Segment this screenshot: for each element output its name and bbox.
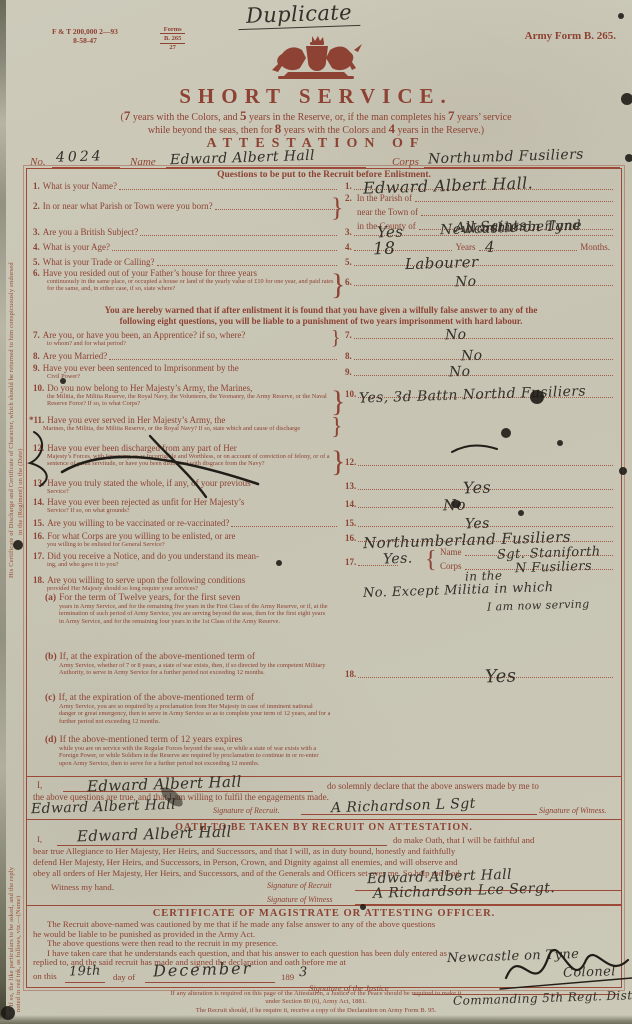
answer-9-num: 9. [345,367,352,377]
declaration-i: I, [37,780,42,790]
certificate-month-hw: December [153,963,253,976]
answer-2-town-label: near the Town of [357,207,418,217]
q17-num: 17. [33,551,44,561]
condition-b-letter: (b) [45,652,57,662]
question-12: 12.Have you ever been discharged from an… [33,443,339,468]
q4-num: 4. [33,242,40,252]
answer-5: 5. Labourer [345,257,613,267]
q14-text: Have you ever been rejected as unfit for… [47,497,244,507]
answer-4: 4.YearsMonths. 18 4 [345,242,613,252]
answer-6-num: 6. [345,277,352,287]
answer-12: 12. [345,457,613,467]
answer-16-num: 16. [345,533,356,543]
q12-smallprint: Majesty’s Forces, with Ignominy, or as I… [47,453,335,468]
margin-note-red-ink-text: * If so, the like particulars to be aske… [8,867,22,1012]
margin-note-red-ink: * If so, the like particulars to be aske… [8,862,22,1012]
q8-text: Are you Married? [43,351,107,361]
declaration-section: I, Edward Albert Hall do solemnly declar… [37,780,615,790]
declaration-post: do solemnly declare that the above answe… [327,781,539,791]
answer-17-corps-hw: N Fusiliers [515,562,592,574]
oath-witness-my-hand: Witness my hand. [51,882,114,894]
forms-ref-top: Forms [160,26,185,33]
oath-post: do make Oath, that I will be faithful an… [393,835,534,847]
name-label: Name [130,156,156,168]
q10-num: 10. [33,383,44,393]
condition-b-smallprint: Army Service, whether of 7 or 8 years, a… [59,662,331,677]
q11-smallprint: Marines, the Militia, the Militia Reserv… [43,425,331,432]
declaration-recruit-signature: Edward Albert Hall [31,797,176,818]
q8-num: 8. [33,351,40,361]
answer-14-handwriting: No [443,500,466,511]
q11-brace: } [331,414,343,441]
question-9: 9.Have you ever been sentenced to Impris… [33,363,339,380]
declaration-witness-underline [301,803,537,815]
answer-9-handwriting: No [449,367,471,378]
margin-note-regiment: in the (Regiment) on the (Date) [17,235,24,535]
q17-smallprint: ing, and who gave it to you? [47,561,335,568]
recruit-identity-line: No. 4024 Name Edward Albert Hall Corps N… [30,153,620,169]
oath-line3: defend Her Majesty, Her Heirs, and Succe… [33,857,617,869]
question-8: 8.Are you Married? [33,351,339,361]
certificate-on-this: on this [33,971,57,981]
answer-6: 6. No [345,277,613,287]
certificate-justice-rank-hw: Colonel [563,967,616,978]
answer-18-num: 18. [345,669,356,679]
answer-4-years-label: Years [455,242,475,252]
certificate-year-digit-hw: 3 [299,968,308,978]
answer-17-handwriting: Yes. [383,551,413,568]
q7-smallprint: to whom? and for what period? [47,340,335,347]
answer-14: 14. No [345,499,613,509]
answer-5-num: 5. [345,257,352,267]
certificate-heading: CERTIFICATE OF MAGISTRATE OR ATTESTING O… [27,908,621,919]
q5-num: 5. [33,257,40,267]
answer-17-brace: { [425,547,437,574]
answer-16: 16. Northumberland Fusiliers [345,533,613,543]
answer-1: 1. Edward Albert Hall. [345,181,613,191]
answer-13-handwriting: Yes [463,483,491,494]
answer-4-years-hw: 18 [373,244,396,255]
margin-note-regiment-text: in the (Regiment) on the (Date) [17,448,24,535]
oath-section: I, Edward Albert Hall do make Oath, that… [37,834,615,846]
subtitle-seg: years in the Reserve.) [395,125,484,136]
duplicate-annotation: Duplicate [238,0,361,30]
answer-10: 10. Yes, 3d Battn Northd Fusiliers [345,389,613,399]
oath-sig-witness-label: Signature of Witness [267,894,332,906]
q15-text: Are you willing to be vaccinated or re-v… [47,518,229,528]
certificate-day-of: day of [113,973,135,983]
condition-c-lead: If, at the expiration of the above-menti… [59,693,254,703]
footer-line3: The Recruit should, if he require it, re… [40,1007,592,1015]
condition-c: (c)If, at the expiration of the above-me… [45,693,341,725]
q2-num: 2. [33,201,40,211]
q13-smallprint: Service? [47,488,335,495]
warning-line2: following eight questions, you will be l… [27,316,615,327]
q14-smallprint: Service? If so, on what grounds? [47,507,335,514]
answer-3-handwriting: Yes [377,227,404,238]
answer-17-name-label: Name [440,547,462,557]
q1-num: 1. [33,181,40,191]
oath-line2: bear true Allegiance to Her Majesty, Her… [33,846,617,858]
answer-7-handwriting: No [445,330,467,341]
q9-smallprint: Civil Power? [47,373,335,380]
q10-smallprint: the Militia, the Militia Reserve, the Ro… [47,393,335,408]
answer-18-handwriting: Yes [485,672,517,683]
question-1: 1.What is your Name? [33,181,339,191]
margin-note-discharge-text: His Certificate of Discharge and Certifi… [8,262,15,578]
condition-b: (b)If, at the expiration of the above-me… [45,652,341,677]
warning-line1: You are hereby warned that if after enli… [27,305,615,316]
oath-sig-recruit-label: Signature of Recruit [267,880,332,892]
answer-2-parish-label: In the Parish of [357,193,412,203]
q3-num: 3. [33,227,40,237]
footer-line2: under Section 80 (6), Army Act, 1881. [40,998,592,1006]
q12-text: Have you ever been discharged from any p… [47,443,237,453]
question-15: 15.Are you willing to be vaccinated or r… [33,518,339,528]
q18-num: 18. [33,575,44,585]
answer-12-num: 12. [345,457,356,467]
q5-text: What is your Trade or Calling? [43,257,155,267]
condition-c-smallprint: Army Service, you are so required by a p… [59,703,331,725]
answer-7: 7. No [345,330,613,340]
answer-14-num: 14. [345,499,356,509]
footer-note-2: The Recruit should, if he require it, re… [40,1007,592,1015]
q16-num: 16. [33,531,44,541]
subtitle-seg: while beyond the seas, then for [148,125,275,136]
q6-text: Have you resided out of your Father’s ho… [43,268,257,278]
question-10: 10.Do you now belong to Her Majesty’s Ar… [33,383,339,408]
condition-d-letter: (d) [45,735,57,745]
q4-text: What is your Age? [43,242,110,252]
q12-num: 12. [33,443,44,453]
declaration-recruit-sig-label: Signature of Recruit. [213,806,280,815]
subtitle-seg: years with the Colors and [281,125,388,136]
q10-text: Do you now belong to Her Majesty’s Army,… [47,383,252,393]
forms-ref-bot: 27 [160,44,185,51]
certificate-place-hw: Newcastle on Tyne [447,950,580,964]
condition-a-lead: For the term of Twelve years, for the fi… [59,593,240,603]
forms-ref-mid: B. 265 [160,33,185,44]
scan-edge-left [0,0,6,1024]
question-17: 17.Did you receive a Notice, and do you … [33,551,339,568]
scan-edge-bottom [0,1015,632,1024]
form-title: SHORT SERVICE. [0,84,632,109]
q3-text: Are you a British Subject? [43,227,138,237]
answer-9: 9. No [345,367,613,377]
q18-text: Are you willing to serve upon the follow… [47,575,245,585]
question-18: 18.Are you willing to serve upon the fol… [33,575,339,592]
answer-4-months-label: Months. [580,242,610,252]
declaration-signatures: Edward Albert Hall Signature of Recruit.… [31,803,615,817]
answer-8-num: 8. [345,351,352,361]
condition-b-lead: If, at the expiration of the above-menti… [60,652,255,662]
no-label: No. [30,156,46,168]
answer-4-months-hw: 4 [485,242,495,252]
subtitle-line2: while beyond the seas, then for 8 years … [0,121,632,137]
q12-brace: } [331,445,345,479]
question-2: 2.In or near what Parish or Town were yo… [33,201,339,211]
condition-d-smallprint: while you are on service with the Regula… [59,745,331,767]
answer-11-handwriting-2: I am now serving [487,597,590,613]
question-13: 13.Have you truly stated the whole, if a… [33,478,339,495]
q6-smallprint: continuously in the same place, or occup… [47,278,335,293]
q7-text: Are you, or have you been, an Apprentice… [43,330,246,340]
question-7: 7.Are you, or have you been, an Apprenti… [33,330,339,347]
question-6: 6.Have you resided out of your Father’s … [33,268,339,293]
q11-num: *11. [29,415,44,425]
answer-17: 17. Yes. { Name Sgt. Staniforth Corps N … [345,549,613,575]
answer-4-num: 4. [345,242,352,252]
answer-15-handwriting: Yes [465,519,490,530]
corps-underline [424,154,620,168]
footer-line1: If any alteration is required on this pa… [40,990,592,998]
declaration-witness-sig-label: Signature of Witness. [539,806,606,815]
q2-text: In or near what Parish or Town were you … [43,201,213,211]
q6-num: 6. [33,268,40,278]
question-16: 16.For what Corps are you willing to be … [33,531,339,548]
name-underline [166,154,366,168]
attestation-form-page: His Certificate of Discharge and Certifi… [0,0,632,1024]
certificate-day-hw: 19th [69,967,101,978]
printer-mark: F & T 200,000 2—93 8-58-47 [52,28,118,45]
answer-7-num: 7. [345,330,352,340]
condition-a-smallprint: years in Army Service, and for the remai… [59,603,331,625]
q14-num: 14. [33,497,44,507]
no-underline [52,154,120,168]
q17-text: Did you receive a Notice, and do you und… [47,551,259,561]
condition-a: (a)For the term of Twelve years, for the… [45,593,341,625]
q18-smallprint: provided Her Majesty should so long requ… [47,585,335,592]
question-4: 4.What is your Age? [33,242,339,252]
q7-brace: } [331,327,341,350]
answer-8: 8. No [345,351,613,361]
answer-17-corps-label: Corps [440,561,462,571]
certificate-year: 189 [281,973,294,983]
q1-text: What is your Name? [43,181,117,191]
question-3: 3.Are you a British Subject? [33,227,339,237]
printer-mark-line2: 8-58-47 [52,37,118,46]
answer-18: 18. Yes [345,669,613,679]
corps-label: Corps [392,156,419,168]
q16-smallprint: you willing to be enlisted for General S… [47,541,335,548]
answer-10-num: 10. [345,389,356,399]
answer-13-num: 13. [345,481,356,491]
condition-d-lead: If the above-mentioned term of 12 years … [60,735,243,745]
q16-text: For what Corps are you willing to be enl… [47,531,235,541]
royal-crest-icon [268,34,364,89]
q15-num: 15. [33,518,44,528]
certificate-section: The Recruit above-named was cautioned by… [33,920,617,968]
forms-reference-box: Forms B. 265 27 [160,26,185,51]
answer-6-handwriting: No [455,277,477,288]
army-form-number: Army Form B. 265. [525,30,616,42]
footer-note-1: If any alteration is required on this pa… [40,990,592,1005]
answer-5-handwriting: Labourer [405,257,479,269]
answer-3-num: 3. [345,227,352,237]
answer-3: 3. Yes [345,227,613,237]
question-5: 5.What is your Trade or Calling? [33,257,339,267]
oath-line4: obey all orders of Her Majesty, Her Heir… [33,868,617,880]
q9-text: Have you ever been sentenced to Imprison… [43,363,239,373]
q9-num: 9. [33,363,40,373]
question-11: *11.Have you ever served in Her Majesty’… [29,415,339,432]
answer-1-num: 1. [345,181,352,191]
attestation-box: Questions to be put to the Recruit befor… [26,168,622,988]
answer-2-num: 2. [345,193,352,203]
oath-i: I, [37,834,42,844]
q6-brace: } [331,268,345,302]
condition-a-letter: (a) [45,593,56,603]
condition-d: (d)If the above-mentioned term of 12 yea… [45,735,341,767]
answer-15: 15. Yes [345,518,613,528]
q11-text: Have you ever served in Her Majesty’s Ar… [47,415,225,425]
answer-10-handwriting: Yes, 3d Battn Northd Fusiliers [359,386,586,403]
condition-c-letter: (c) [45,693,56,703]
q7-num: 7. [33,330,40,340]
warning-paragraph: You are hereby warned that if after enli… [27,305,615,327]
answer-1-handwriting: Edward Albert Hall. [363,178,533,193]
q13-num: 13. [33,478,44,488]
oath-name-hw: Edward Albert Hall [77,827,232,843]
margin-note-discharge: His Certificate of Discharge and Certifi… [8,178,15,578]
q13-text: Have you truly stated the whole, if any,… [47,478,250,488]
answer-13: 13. Yes [345,481,613,491]
question-14: 14.Have you ever been rejected as unfit … [33,497,339,514]
answer-15-num: 15. [345,518,356,528]
answer-17-num: 17. [345,557,356,567]
q2-brace: } [331,193,343,223]
answer-8-handwriting: No [461,351,483,362]
answer-11-handwriting: No. Except Militia in which [363,580,554,601]
